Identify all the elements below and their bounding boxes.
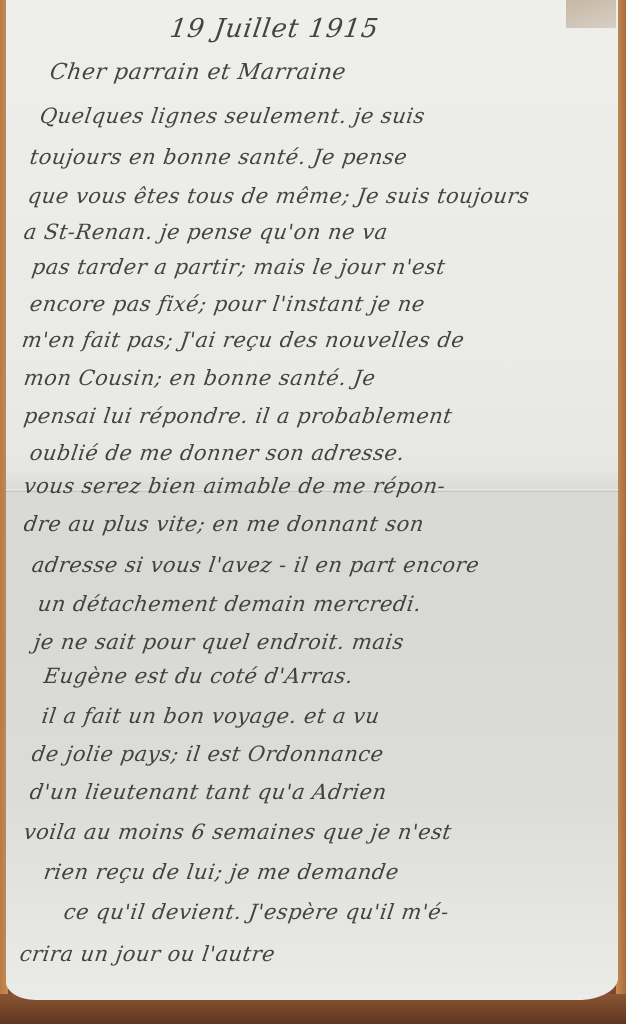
letter-line-closing: crira un jour ou l'autre [18,942,277,966]
letter-salutation: Cher parrain et Marraine [48,60,347,85]
letter-line: un détachement demain mercredi. [36,592,423,616]
letter-line: oublié de me donner son adresse. [28,441,406,465]
letter-line: pas tarder a partir; mais le jour n'est [30,255,447,279]
letter-line: je ne sait pour quel endroit. mais [32,630,405,654]
letter-line: de jolie pays; il est Ordonnance [30,742,385,766]
letter-line: pensai lui répondre. il a probablement [22,404,454,428]
letter-line: toujours en bonne santé. Je pense [28,145,409,169]
letter-line: il a fait un bon voyage. et a vu [40,704,381,728]
letter-line: m'en fait pas; J'ai reçu des nouvelles d… [20,328,466,352]
letter-line: Quelques lignes seulement. je suis [38,104,426,128]
letter-line: ce qu'il devient. J'espère qu'il m'é- [62,900,450,924]
letter-line: que vous êtes tous de même; Je suis touj… [26,184,531,208]
letter-line: a St-Renan. je pense qu'on ne va [22,220,389,244]
letter-line: encore pas fixé; pour l'instant je ne [28,292,426,316]
letter-line: vous serez bien aimable de me répon- [22,474,447,498]
letter-line: adresse si vous l'avez - il en part enco… [30,553,481,577]
letter-line: mon Cousin; en bonne santé. Je [22,366,377,390]
letter-line: d'un lieutenant tant qu'a Adrien [28,780,388,804]
letter-line: rien reçu de lui; je me demande [42,860,400,884]
letter-line: Eugène est du coté d'Arras. [42,664,355,688]
letter-line: dre au plus vite; en me donnant son [22,512,425,536]
letter-date: 19 Juillet 1915 [168,14,381,44]
paper-corner-fold [566,0,616,28]
letter-line: voila au moins 6 semaines que je n'est [22,820,453,844]
